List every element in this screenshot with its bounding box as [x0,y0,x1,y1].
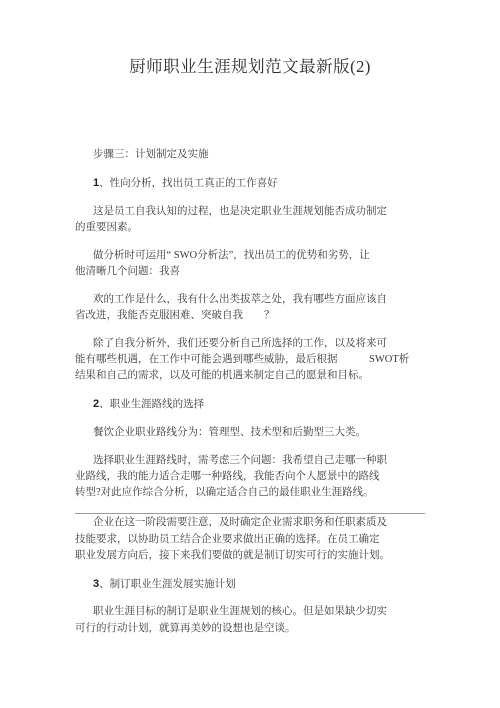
section-heading: 3、制订职业生涯发展实施计划 [75,576,427,593]
paragraph: 步骤三：计划制定及实施 [75,147,427,163]
text-line: 的重要因素。 [75,220,427,236]
text-line: 餐饮企业职业路线分为：管理型、技术型和后勤型三大类。 [75,425,427,441]
text-line: 除了自我分析外，我们还要分析自己所选择的工作，以及将来可 [75,336,427,352]
text-line: 职业生涯目标的制订是职业生涯规划的核心。但是如果缺少切实 [75,604,427,620]
paragraph: 这是员工自我认知的过程，也是决定职业生涯规划能否成功制定的重要因素。 [75,204,427,237]
text-line: 技能要求，以协助员工结合企业要求做出正确的选择。在员工确定 [75,532,427,548]
text-line: 步骤三：计划制定及实施 [75,147,427,163]
heading-number: 1 [93,177,99,189]
page-title: 厨师职业生涯规划范文最新版(2) [0,0,500,77]
heading-number: 3 [93,578,99,590]
text-line: 业路线，我的能力适合走哪一种路线，我能否向个人愿景中的路线 [75,469,427,485]
paragraph: 欢的工作是什么，我有什么出类拔萃之处，我有哪些方面应该自省改进，我能否克服困难、… [75,292,427,325]
text-line: 企业在这一阶段需要注意，及时确定企业需求职务和任职素质及 [75,515,427,531]
paragraph: 企业在这一阶段需要注意，及时确定企业需求职务和任职素质及技能要求，以协助员工结合… [75,515,427,564]
paragraph: 餐饮企业职业路线分为：管理型、技术型和后勤型三大类。 [75,425,427,441]
section-heading: 1、性向分析，找出员工真正的工作喜好 [75,175,427,192]
heading-number: 2 [93,398,99,410]
text-line: 转型?对此应作综合分析，以确定适合自己的最佳职业生涯路线。 [75,485,427,501]
paragraph: 选择职业生涯路线时，需考虑三个问题：我希望自己走哪一种职业路线，我的能力适合走哪… [75,453,427,502]
text-line: 结果和自己的需求，以及可能的机遇来制定自己的愿景和目标。 [75,368,427,384]
section-divider [75,513,425,514]
document-page: 厨师职业生涯规划范文最新版(2) 步骤三：计划制定及实施1、性向分析，找出员工真… [0,0,500,708]
text-line: 欢的工作是什么，我有什么出类拔萃之处，我有哪些方面应该自 [75,292,427,308]
text-line: 能有哪些机遇，在工作中可能会遇到哪些威胁，最后根据 SWOT析 [75,352,427,368]
paragraph: 职业生涯目标的制订是职业生涯规划的核心。但是如果缺少切实可行的行动计划，就算再美… [75,604,427,637]
paragraph: 做分析时可运用“ SWO分析法”，找出员工的优势和劣势，让他清晰几个问题：我喜 [75,248,427,281]
section-heading: 2、职业生涯路线的选择 [75,396,427,413]
text-line: 职业发展方向后，接下来我们要做的就是制订切实可行的实施计划。 [75,548,427,564]
text-line: 省改进，我能否克服困难、突破自我 ？ [75,308,427,324]
text-line: 可行的行动计划，就算再美妙的设想也是空谈。 [75,621,427,637]
text-line: 他清晰几个问题：我喜 [75,264,427,280]
paragraph: 除了自我分析外，我们还要分析自己所选择的工作，以及将来可能有哪些机遇，在工作中可… [75,336,427,385]
text-line: 2、职业生涯路线的选择 [75,396,427,413]
text-line: 做分析时可运用“ SWO分析法”，找出员工的优势和劣势，让 [75,248,427,264]
text-line: 3、制订职业生涯发展实施计划 [75,576,427,593]
document-body: 步骤三：计划制定及实施1、性向分析，找出员工真正的工作喜好这是员工自我认知的过程… [75,147,427,637]
text-line: 1、性向分析，找出员工真正的工作喜好 [75,175,427,192]
text-line: 选择职业生涯路线时，需考虑三个问题：我希望自己走哪一种职 [75,453,427,469]
text-line: 这是员工自我认知的过程，也是决定职业生涯规划能否成功制定 [75,204,427,220]
